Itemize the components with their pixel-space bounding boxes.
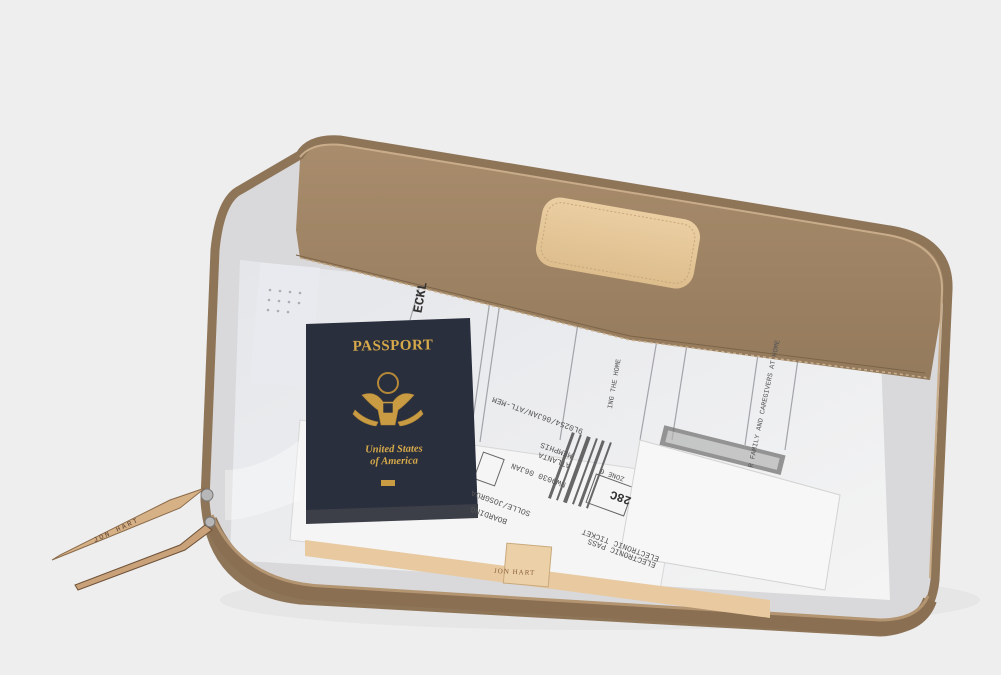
passport-country-line2: of America	[340, 455, 448, 469]
biometric-chip-icon	[381, 480, 395, 486]
passport-title: PASSPORT	[338, 337, 448, 356]
product-photo: PASSPORT United States of America ECKL I…	[0, 0, 1001, 675]
zipper-pull[interactable]	[52, 488, 215, 590]
passport-country: United States of America	[340, 443, 448, 469]
